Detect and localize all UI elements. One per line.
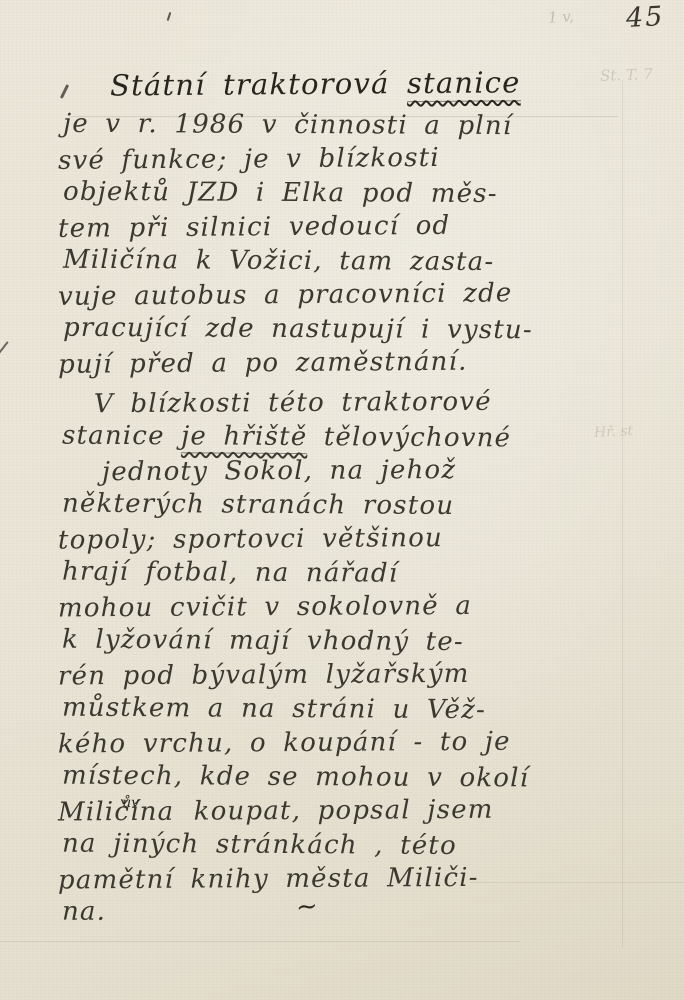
manuscript-line: k lyžování mají vhodný te- [62, 623, 529, 660]
underlined-word-stanice: stanice [407, 65, 521, 102]
manuscript-line: pují před a po zaměstnání. [58, 344, 533, 382]
manuscript-line: topoly; sportovci většinou [58, 521, 529, 558]
pencil-annotation-top: 1 v, [547, 7, 574, 27]
manuscript-line: rén pod bývalým lyžařským [58, 657, 529, 694]
line-text: Miličína [58, 797, 174, 828]
manuscript-line: pracující zde nastupují i vystu- [63, 311, 533, 347]
manuscript-line: místech, kde se mohou v okolí [62, 759, 529, 796]
manuscript-line: jednoty Sokol, na jehož [58, 453, 529, 490]
manuscript-line: hrají fotbal, na nářadí [62, 555, 529, 592]
manuscript-line: je v r. 1986 v činnosti a plní [63, 107, 533, 143]
line-text: stanice [62, 421, 181, 452]
pencil-annotation-right-top: St. T. 7 [600, 65, 653, 85]
stray-ink-mark [0, 341, 9, 355]
manuscript-line: V blízkosti této traktorové [58, 385, 529, 422]
line-text: tělovýchovné [307, 422, 511, 453]
manuscript-line-title: Státní traktorová stanice [58, 62, 533, 110]
manuscript-line: Miličína k Vožici, tam zasta- [63, 243, 533, 279]
manuscript-line: můstkem a na stráni u Věž- [62, 691, 529, 728]
page-number: 45 [625, 1, 665, 34]
manuscript-line: Miličínaův koupat, popsal jsem [58, 793, 529, 830]
paper-crease-line [0, 941, 520, 942]
paragraph-1: Státní traktorová stanice je v r. 1986 v… [58, 64, 533, 380]
manuscript-line: mohou cvičit v sokolovně a [58, 589, 529, 626]
manuscript-line: stanice je hřiště tělovýchovné [62, 419, 529, 456]
end-mark-tilde: ~ [294, 891, 319, 923]
margin-rule-line [622, 80, 623, 948]
paragraph-2: V blízkosti této traktorové stanice je h… [58, 386, 529, 930]
manuscript-line: některých stranách rostou [62, 487, 529, 524]
pencil-annotation-right-mid: Hř. st [594, 423, 634, 441]
manuscript-line: vuje autobus a pracovníci zde [58, 276, 533, 314]
correction-mark: ův [122, 795, 139, 811]
manuscript-line: své funkce; je v blízkosti [58, 140, 533, 178]
stray-ink-mark [167, 12, 172, 21]
manuscript-line: pamětní knihy města Miliči- [58, 861, 529, 898]
underlined-words-je-hriste: je hřiště [181, 421, 307, 454]
manuscript-line: na jiných stránkách , této [62, 827, 529, 864]
manuscript-line: objektů JZD i Elka pod měs- [63, 175, 533, 211]
line-text: koupat, popsal jsem [177, 795, 494, 827]
manuscript-line: tem při silnici vedoucí od [58, 208, 533, 246]
manuscript-page: 1 v, 45 St. T. 7 Hř. st Státní traktorov… [0, 0, 684, 1000]
manuscript-line: kého vrchu, o koupání - to je [58, 725, 529, 762]
title-text: Státní traktorová [110, 66, 407, 102]
